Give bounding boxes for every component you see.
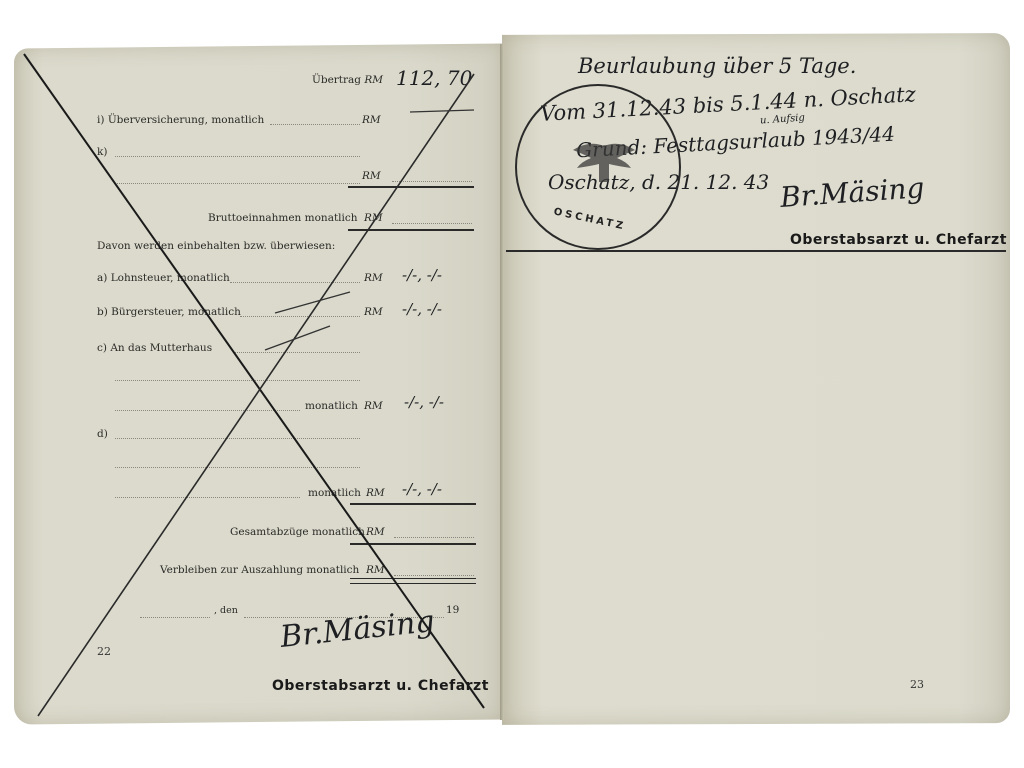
strikethrough-cross-icon bbox=[0, 0, 1024, 768]
